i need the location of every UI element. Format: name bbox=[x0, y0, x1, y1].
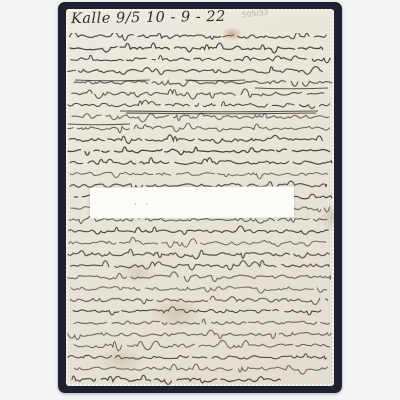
catalog-number-pencil-mark: 505/33 bbox=[242, 9, 269, 19]
redaction-dots: · · bbox=[134, 200, 152, 210]
letter-date-heading: Kalle 9/5 10 - 9 - 22 bbox=[71, 9, 226, 27]
scanned-letter-view: Kalle 9/5 10 - 9 - 22 505/33 · · bbox=[0, 0, 400, 400]
redaction-bar: · · bbox=[90, 186, 294, 218]
